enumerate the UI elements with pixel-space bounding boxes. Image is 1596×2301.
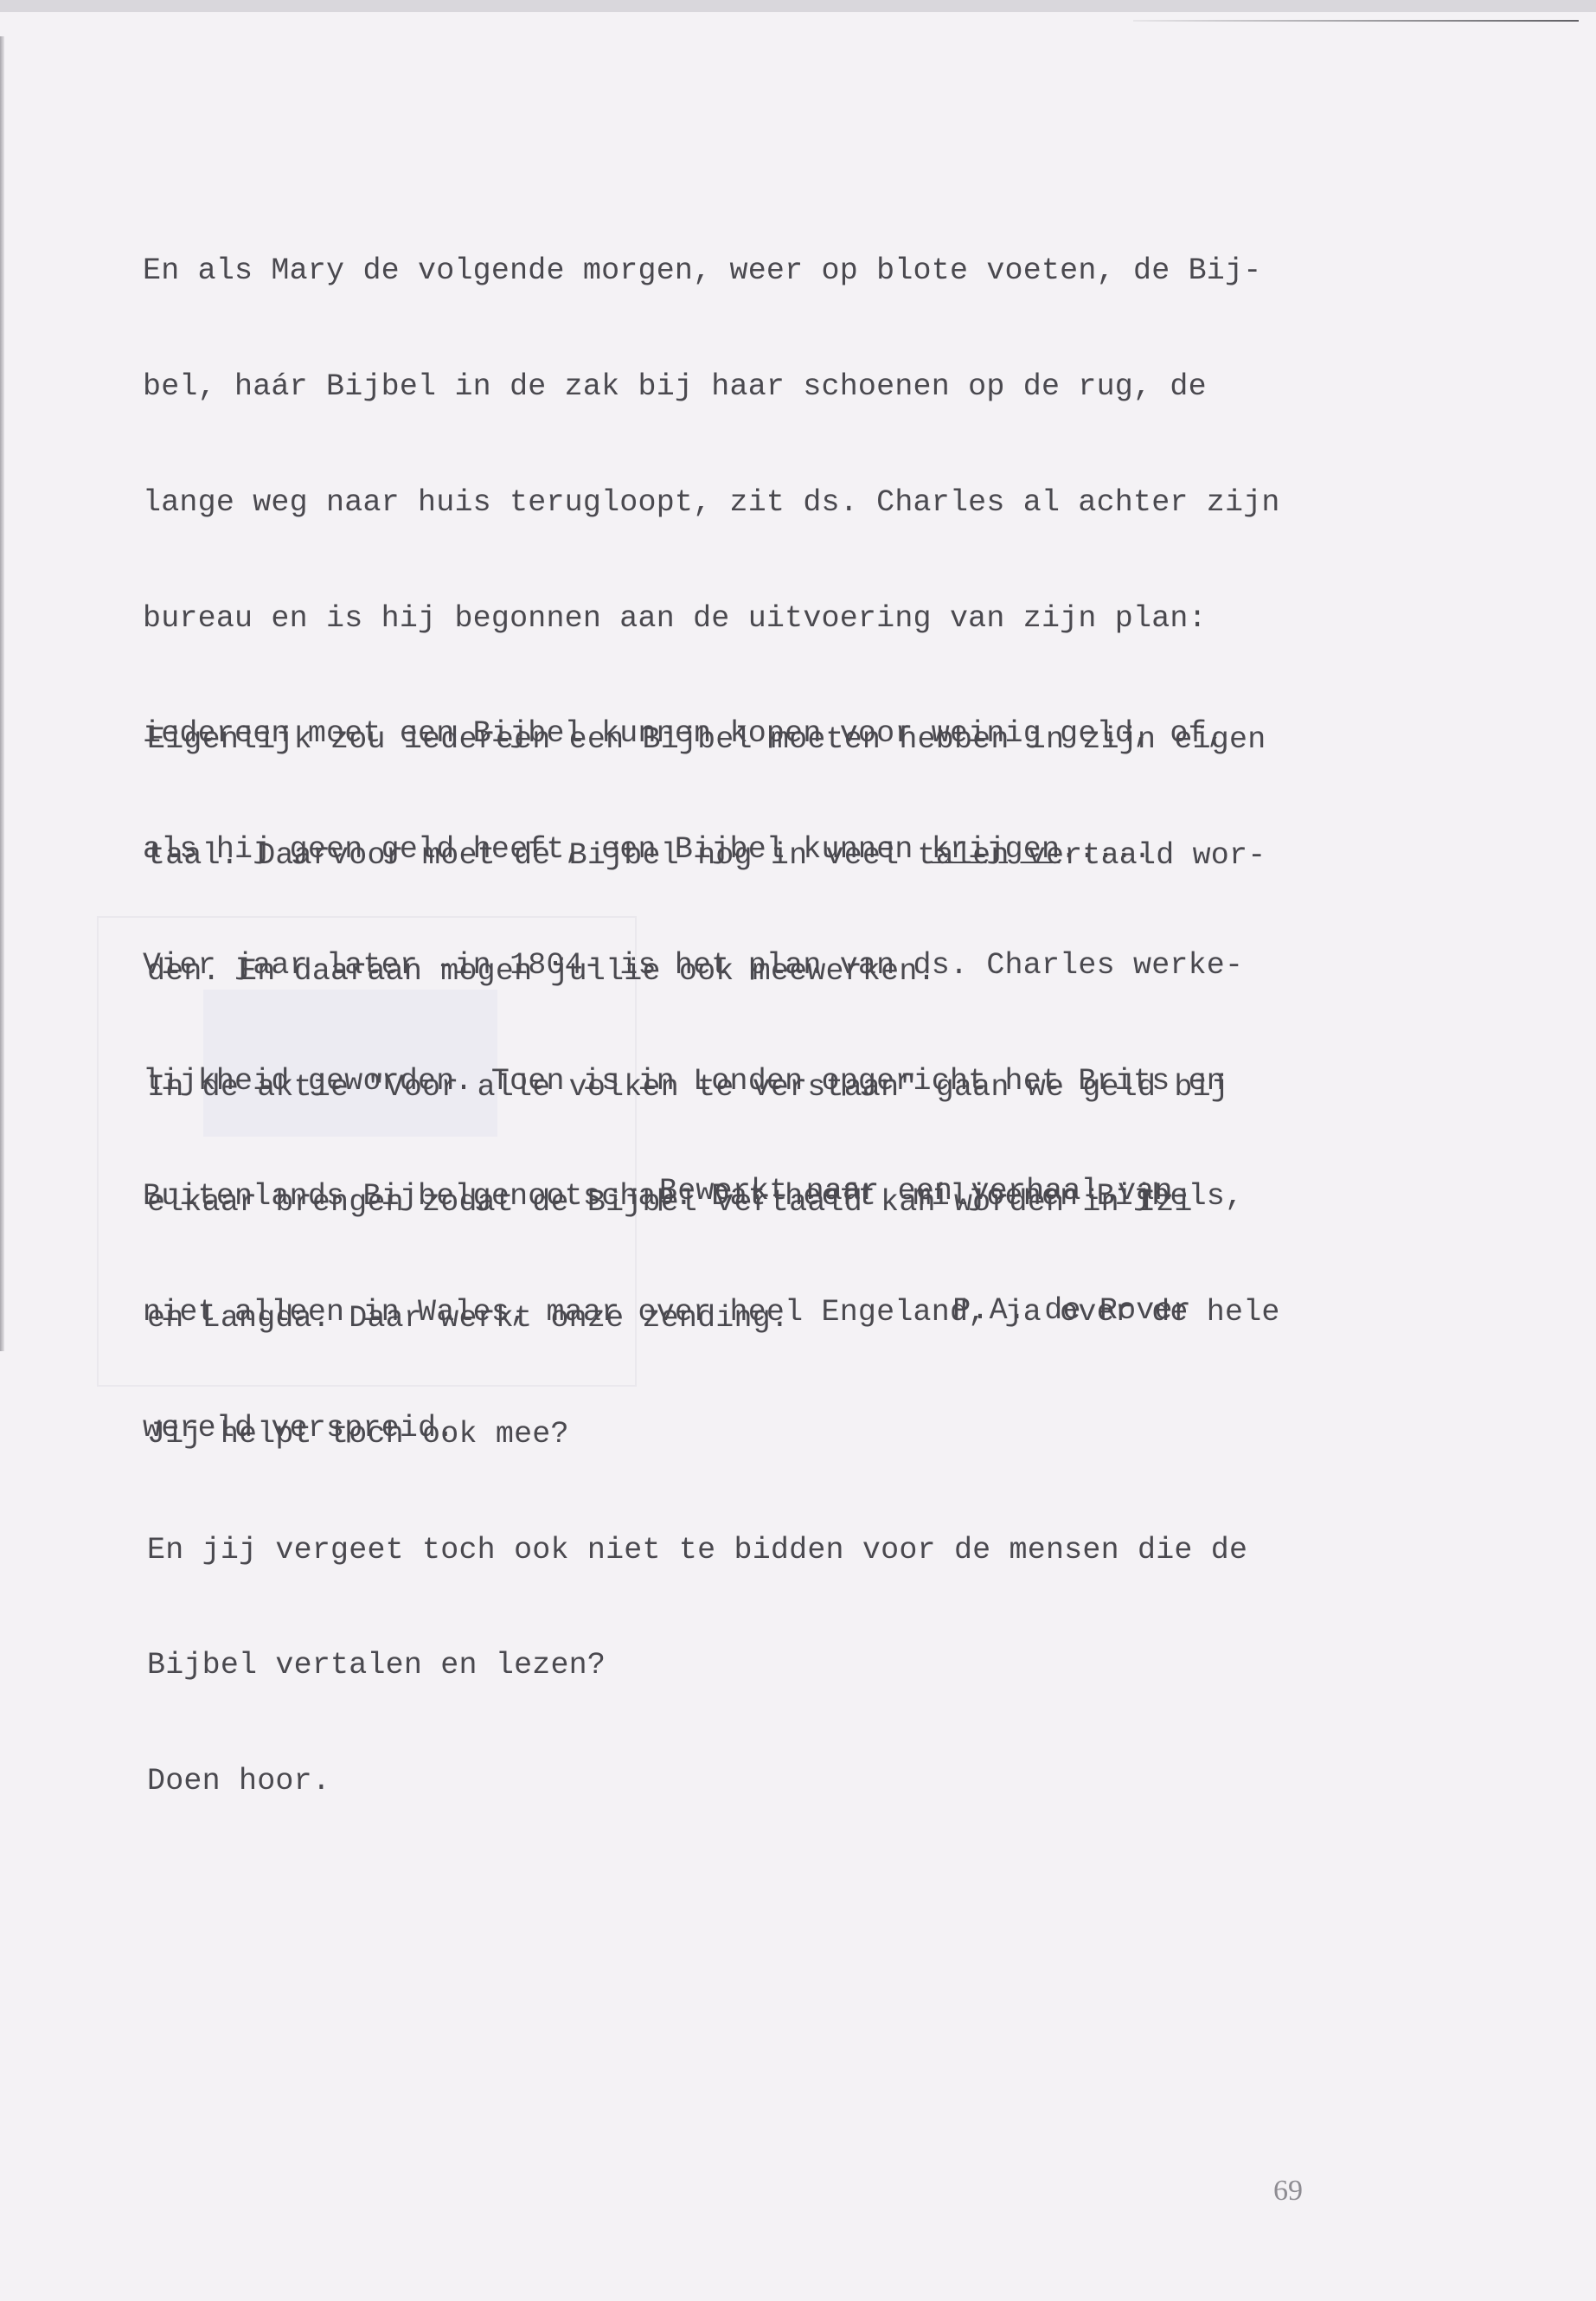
text-line: lange weg naar huis terugloopt, zit ds. …	[143, 484, 1280, 522]
text-line: bel, haár Bijbel in de zak bij haar scho…	[143, 368, 1280, 407]
text-line: En jij vergeet toch ook niet te bidden v…	[147, 1531, 1266, 1570]
text-line: Eigenlijk zou iedereen een Bijbel moeten…	[147, 721, 1266, 760]
text-line: Bijbel vertalen en lezen?	[147, 1646, 1266, 1685]
attribution-line: Bewerkt naar een verhaal van	[659, 1171, 1191, 1211]
text-line: Jij helpt toch ook mee?	[147, 1415, 1266, 1454]
text-line: den. En daaraan mogen jullie ook meewerk…	[147, 952, 1266, 991]
attribution: Bewerkt naar een verhaal van P.A. de Rov…	[659, 1092, 1191, 1410]
text-line: En als Mary de volgende morgen, weer op …	[143, 252, 1280, 291]
text-line: bureau en is hij begonnen aan de uitvoer…	[143, 599, 1280, 638]
attribution-author: P.A. de Rover	[659, 1291, 1191, 1330]
text-line: Doen hoor.	[147, 1762, 1266, 1801]
document-page: En als Mary de volgende morgen, weer op …	[0, 12, 1596, 2301]
text-line: taal. Daarvoor moet de Bijbel nog in vee…	[147, 836, 1266, 875]
page-binding-edge	[0, 36, 4, 1351]
page-number: 69	[1273, 2175, 1303, 2208]
scan-edge-rule	[1133, 20, 1579, 22]
